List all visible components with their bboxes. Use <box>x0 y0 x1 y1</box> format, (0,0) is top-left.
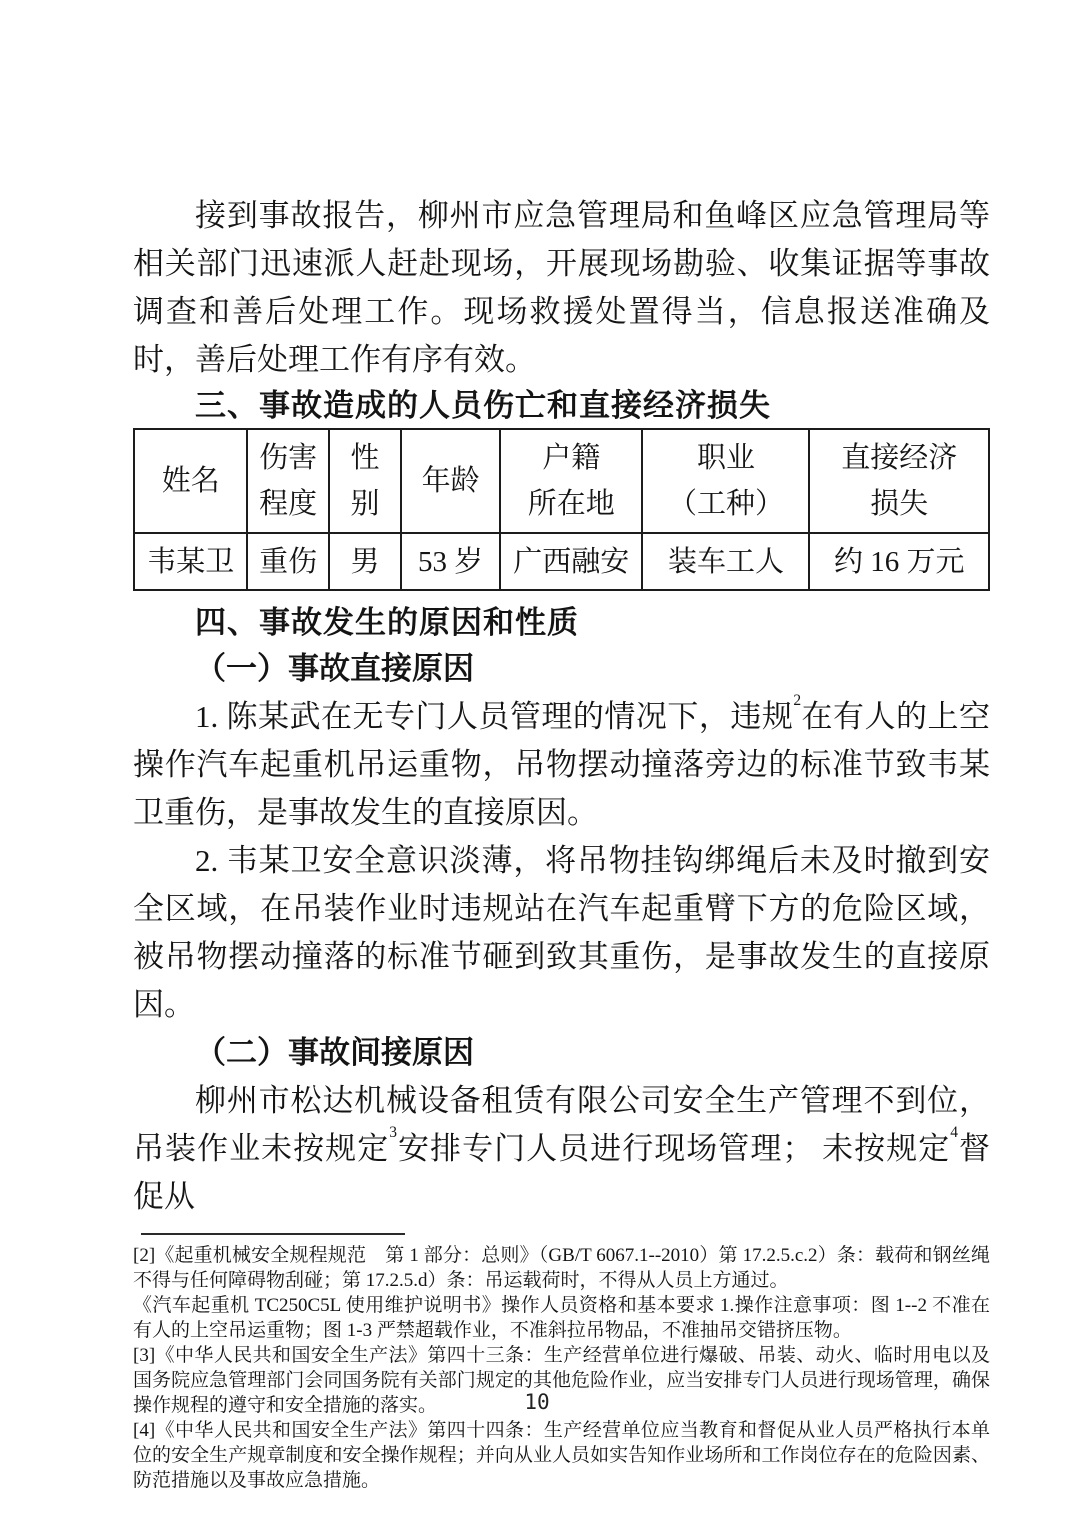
direct-cause-2: 2. 韦某卫安全意识淡薄，将吊物挂钩绑绳后未及时撤到安全区域，在吊装作业时违规站… <box>133 837 990 1029</box>
header-sex-line2: 别 <box>350 488 379 520</box>
header-job-line2: （工种） <box>668 488 784 520</box>
direct-cause-heading: （一）事故直接原因 <box>133 645 990 693</box>
header-injury-line2: 程度 <box>259 488 317 520</box>
cell-loss: 约 16 万元 <box>809 533 989 590</box>
header-loss-line2: 损失 <box>870 488 928 520</box>
header-cell-origin: 户籍 所在地 <box>500 429 642 533</box>
table-header-row: 姓名 伤害 程度 性 别 年龄 户籍 所在地 职业 （工种） 直接经济 <box>134 429 989 533</box>
section4-heading: 四、事故发生的原因和性质 <box>133 601 990 645</box>
header-origin-line2: 所在地 <box>528 488 615 520</box>
footnote-ref-4: 4 <box>950 1124 958 1141</box>
header-age-line: 年龄 <box>422 465 480 497</box>
cell-name: 韦某卫 <box>134 533 247 590</box>
section3-heading: 三、事故造成的人员伤亡和直接经济损失 <box>133 384 990 428</box>
indirect-mid: 安排专门人员进行现场管理； 未按规定 <box>397 1131 950 1166</box>
header-origin-line1: 户籍 <box>542 442 600 474</box>
footnote-2: [2]《起重机械安全规程规范 第 1 部分：总则》（GB/T 6067.1--2… <box>133 1243 990 1293</box>
header-name-line: 姓名 <box>162 465 220 497</box>
footnote-ref-3: 3 <box>389 1124 397 1141</box>
footnote-4: [4]《中华人民共和国安全生产法》第四十四条：生产经营单位应当教育和督促从业人员… <box>133 1418 990 1493</box>
intro-paragraph: 接到事故报告，柳州市应急管理局和鱼峰区应急管理局等相关部门迅速派人赶赴现场，开展… <box>133 192 990 384</box>
cell-origin: 广西融安 <box>500 533 642 590</box>
header-cell-job: 职业 （工种） <box>642 429 809 533</box>
footnote-separator <box>141 1233 405 1235</box>
casualty-table: 姓名 伤害 程度 性 别 年龄 户籍 所在地 职业 （工种） 直接经济 <box>133 428 990 591</box>
footnote-2b: 《汽车起重机 TC250C5L 使用维护说明书》操作人员资格和基本要求 1.操作… <box>133 1293 990 1343</box>
header-cell-injury: 伤害 程度 <box>247 429 328 533</box>
cell-injury: 重伤 <box>247 533 328 590</box>
header-cell-name: 姓名 <box>134 429 247 533</box>
indirect-cause-paragraph: 柳州市松达机械设备租赁有限公司安全生产管理不到位，吊装作业未按规定3安排专门人员… <box>133 1077 990 1221</box>
indirect-cause-heading: （二）事故间接原因 <box>133 1029 990 1077</box>
header-cell-sex: 性 别 <box>329 429 401 533</box>
header-cell-age: 年龄 <box>401 429 500 533</box>
direct-cause-1-pre: 1. 陈某武在无专门人员管理的情况下，违规 <box>195 699 793 734</box>
header-cell-loss: 直接经济 损失 <box>809 429 989 533</box>
page-number: 10 <box>0 1390 1074 1414</box>
footnotes-block: [2]《起重机械安全规程规范 第 1 部分：总则》（GB/T 6067.1--2… <box>133 1243 990 1493</box>
direct-cause-1: 1. 陈某武在无专门人员管理的情况下，违规2在有人的上空操作汽车起重机吊运重物，… <box>133 693 990 837</box>
cell-sex: 男 <box>329 533 401 590</box>
header-job-line1: 职业 <box>697 442 755 474</box>
header-loss-line1: 直接经济 <box>841 442 957 474</box>
header-sex-line1: 性 <box>350 442 379 474</box>
table-data-row: 韦某卫 重伤 男 53 岁 广西融安 装车工人 约 16 万元 <box>134 533 989 590</box>
cell-age: 53 岁 <box>401 533 500 590</box>
document-page: 接到事故报告，柳州市应急管理局和鱼峰区应急管理局等相关部门迅速派人赶赴现场，开展… <box>0 0 1074 1520</box>
footnote-ref-2: 2 <box>793 692 801 709</box>
header-injury-line1: 伤害 <box>259 442 317 474</box>
cell-job: 装车工人 <box>642 533 809 590</box>
